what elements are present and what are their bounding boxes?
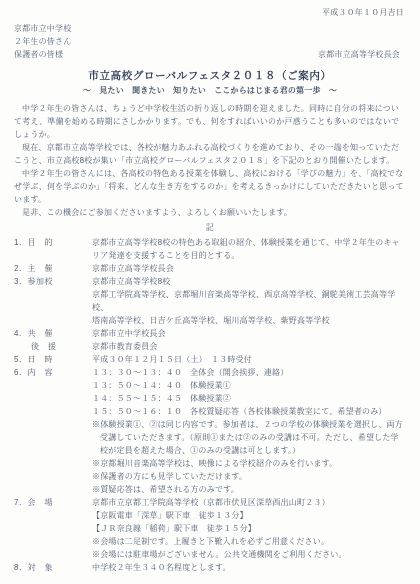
note-line: ※会場は二足制です。上履きと下靴入れを必ずご用意ください。	[92, 535, 406, 548]
note-line: ※京都堀川音楽高等学校は、映像による学校紹介のみを行います。	[92, 457, 406, 470]
closing-line: 是非、この機会にご参加くださいますよう、よろしくお願いいたします。	[14, 206, 406, 219]
schools-list-line-2: 塔南高等学校、日吉ケ丘高等学校、堀川高等学校、紫野高等学校	[92, 314, 406, 327]
section-organizer: 2．主 催 京都市立高等学校長会	[14, 262, 406, 275]
note-line: ※会場には駐車場がございません。公共交通機関をご利用ください。	[92, 548, 406, 561]
date-line: 平成３０年１０月吉日	[14, 6, 406, 19]
section-schools-label: 3．参加校	[14, 275, 92, 288]
section-venue: 7．会 場 京都市立京都工学院高等学校（京都市伏見区深草西出山町２３） 【京阪電…	[14, 496, 406, 561]
section-venue-label: 7．会 場	[14, 496, 92, 509]
doc-title: 市立高校グローバルフェスタ２０１８（ご案内）	[14, 69, 406, 84]
section-contents-body: １３：３０～１３：４０ 全体会（開会挨拶、連絡） １３：５０～１４：４０ 体験授…	[92, 366, 406, 496]
section-contents: 6．内 容 １３：３０～１３：４０ 全体会（開会挨拶、連絡） １３：５０～１４：…	[14, 366, 406, 496]
record-mark: 記	[14, 221, 406, 234]
section-contents-label: 6．内 容	[14, 366, 92, 379]
schedule-time: １３：３０～１３：４０	[92, 366, 190, 379]
schedule-time: １３：５０～１４：４０	[92, 379, 190, 392]
venue-name-line: 京都市立京都工学院高等学校（京都市伏見区深草西出山町２３）	[92, 496, 406, 509]
schedule-row: １５：５０～１６：１０ 各校質疑応答（各校体験授業教室にて、希望者のみ）	[92, 405, 406, 418]
schools-count-line: 京都市立高等学校8校	[92, 275, 406, 288]
document-page: 平成３０年１０月吉日 京都市立中学校 ２年生の皆さん 保護者の皆様 京都市立高等…	[0, 0, 420, 584]
section-cosponsor-label: 4．共 催	[14, 327, 92, 340]
schedule-row: １３：５０～１４：４０ 体験授業①	[92, 379, 406, 392]
recipient-line-school: 京都市立中学校	[14, 22, 406, 35]
paragraph-intro: 中学２年生の皆さんは、ちょうど中学校生活の折り返しの時期を迎えました。同時に自分…	[14, 102, 406, 141]
section-purpose-text: 京都市立高等学校8校の特色ある取組の紹介、体験授業を通じて、中学２年生のキャリア…	[92, 236, 406, 262]
schedule-activity: 各校質疑応答（各校体験授業教室にて、希望者のみ）	[190, 405, 406, 418]
access-line-jr: 【ＪＲ奈良線「稲荷」駅下車 徒歩１５分】	[92, 522, 406, 535]
section-target-label: 8．対 象	[14, 561, 92, 574]
section-support: 後 援 京都市教育委員会	[14, 340, 406, 353]
note-line: ※体験授業①、②は同じ内容です。参加者は、２つの学校の体験授業を選択し、両方受講…	[92, 418, 406, 457]
section-participating-schools: 3．参加校 京都市立高等学校8校 京都工学院高等学校、京都堀川音楽高等学校、西京…	[14, 275, 406, 327]
schedule-time: １４：５５～１５：４５	[92, 392, 190, 405]
schedule-activity: 全体会（開会挨拶、連絡）	[190, 366, 406, 379]
section-datetime-label: 5．日 時	[14, 353, 92, 366]
section-support-label: 後 援	[14, 340, 92, 353]
schedule-activity: 体験授業①	[190, 379, 406, 392]
doc-subtitle: ～ 見たい 聞きたい 知りたい ここからはじまる君の第一歩 ～	[14, 84, 406, 97]
schedule-activity: 体験授業②	[190, 392, 406, 405]
section-organizer-text: 京都市立高等学校長会	[92, 262, 406, 275]
section-target-text: 中学校２年生３４０名程度とします。	[92, 561, 406, 574]
note-line: ※保護者の方にも見学していただけます。	[92, 470, 406, 483]
paragraph-overview: 現在、京都市立高等学校では、各校が魅力あふれる高校づくりを進めており、その一端を…	[14, 141, 406, 167]
body-block: 中学２年生の皆さんは、ちょうど中学校生活の折り返しの時期を迎えました。同時に自分…	[14, 102, 406, 219]
section-organizer-label: 2．主 催	[14, 262, 92, 275]
section-datetime: 5．日 時 平成３０年１２月１５日（土） １３時受付	[14, 353, 406, 366]
sections-block: 1．目 的 京都市立高等学校8校の特色ある取組の紹介、体験授業を通じて、中学２年…	[14, 236, 406, 574]
note-line: ※質疑応答は、希望される方のみです。	[92, 483, 406, 496]
schedule-row: １４：５５～１５：４５ 体験授業②	[92, 392, 406, 405]
section-purpose: 1．目 的 京都市立高等学校8校の特色ある取組の紹介、体験授業を通じて、中学２年…	[14, 236, 406, 262]
section-purpose-label: 1．目 的	[14, 236, 92, 249]
paragraph-purpose: 中学２年生の皆さんには、各高校の特色ある授業を体験し、高校における「学びの魅力」…	[14, 167, 406, 206]
section-target: 8．対 象 中学校２年生３４０名程度とします。	[14, 561, 406, 574]
schedule-time: １５：５０～１６：１０	[92, 405, 190, 418]
recipient-line-students: ２年生の皆さん	[14, 35, 406, 48]
schools-list-line-1: 京都工学院高等学校、京都堀川音楽高等学校、西京高等学校、銅駝美術工芸高等学校、	[92, 288, 406, 314]
section-support-text: 京都市教育委員会	[92, 340, 406, 353]
section-datetime-text: 平成３０年１２月１５日（土） １３時受付	[92, 353, 406, 366]
section-venue-body: 京都市立京都工学院高等学校（京都市伏見区深草西出山町２３） 【京阪電車「深草」駅…	[92, 496, 406, 561]
sender-line: 京都市立高等学校長会	[14, 48, 406, 61]
section-schools-content: 京都市立高等学校8校 京都工学院高等学校、京都堀川音楽高等学校、西京高等学校、銅…	[92, 275, 406, 327]
access-line-keihan: 【京阪電車「深草」駅下車 徒歩１３分】	[92, 509, 406, 522]
section-cosponsor-text: 京都市立中学校長会	[92, 327, 406, 340]
section-cosponsor: 4．共 催 京都市立中学校長会	[14, 327, 406, 340]
schedule-row: １３：３０～１３：４０ 全体会（開会挨拶、連絡）	[92, 366, 406, 379]
